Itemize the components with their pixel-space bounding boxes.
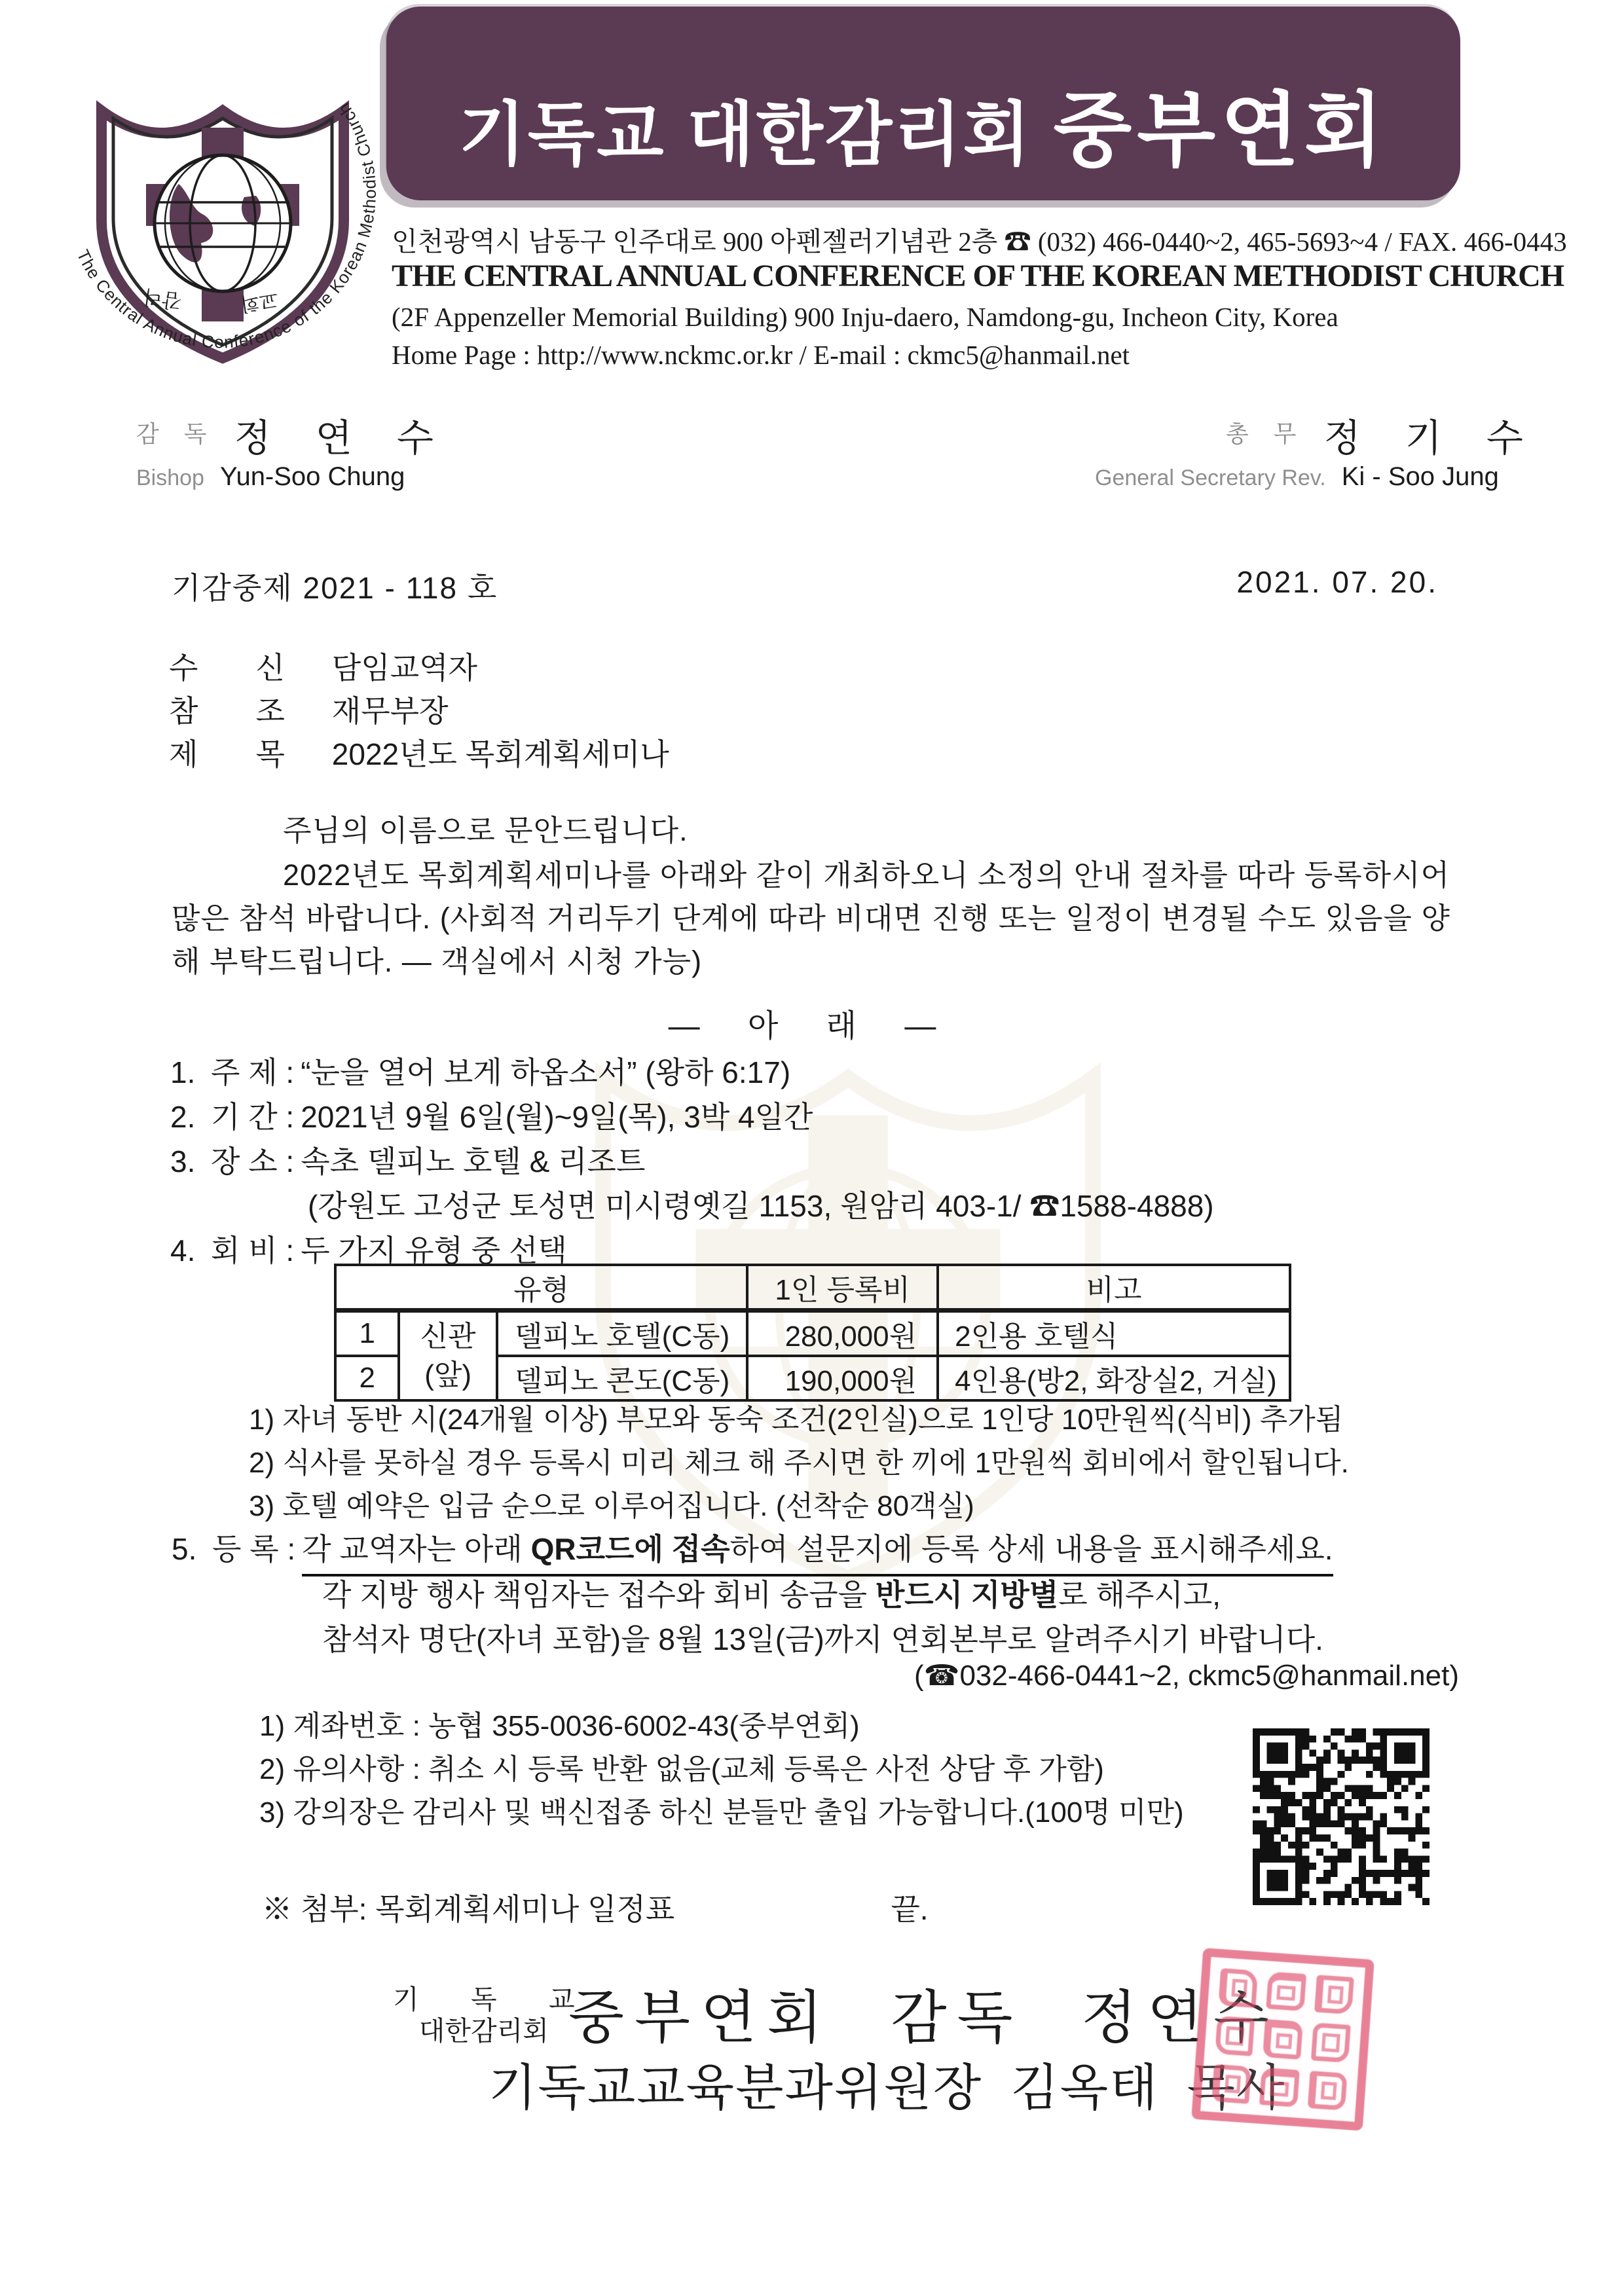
registration-line2-bold: 반드시 지방별 xyxy=(876,1578,1058,1612)
header-banner: 기독교 대한감리회 중부연회 xyxy=(386,7,1460,200)
agenda-no: 2. xyxy=(170,1099,211,1135)
bishop-label-korean: 감 독 xyxy=(136,420,216,447)
body-greeting: 주님의 이름으로 문안드립니다. xyxy=(283,807,688,849)
lodging-name: 델피노 콘도(C동) xyxy=(497,1356,747,1400)
registration-line1-pre: 각 교역자는 아래 xyxy=(302,1532,530,1566)
subject-value: 2022년도 목회계획세미나 xyxy=(332,737,669,771)
row-number: 2 xyxy=(335,1356,399,1400)
building-line-1: 신관 xyxy=(409,1317,487,1356)
globe-icon xyxy=(155,155,291,291)
agenda-item-period: 2.기 간 :2021년 9월 6일(월)~9일(목), 3박 4일간 xyxy=(170,1093,813,1137)
fee-table-header-row: 유형 1인 등록비 비고 xyxy=(335,1265,1290,1311)
scanned-letter-page: 기독교 대한감리회 중부연회 감리 교회 The Central Annual … xyxy=(0,0,1624,2296)
signature-org-line2: 대한감리회 xyxy=(419,2016,549,2046)
bishop-name-korean: 감 독정 연 수 xyxy=(136,407,451,462)
agenda-no: 3. xyxy=(170,1144,211,1179)
row-number: 1 xyxy=(335,1311,399,1357)
bank-account-note: 1) 계좌번호 : 농협 355-0036-6002-43(중부연회) xyxy=(259,1702,860,1744)
registration-line1-post: 하여 설문지에 등록 상세 내용을 표시해주세요. xyxy=(730,1532,1333,1566)
org-name-english: THE CENTRAL ANNUAL CONFERENCE OF THE KOR… xyxy=(392,258,1564,294)
registration-item: 5.등 록 :각 교역자는 아래 QR코드에 접속하여 설문지에 등록 상세 내… xyxy=(172,1525,1333,1576)
signature-bishop-line: 중부연회 감독 정연수 xyxy=(568,1972,1280,2054)
venue-address-line: (강원도 고성군 토성면 미시령옛길 1153, 원암리 403-1/ ☎158… xyxy=(308,1182,1214,1226)
church-shield-logo: 감리 교회 The Central Annual Conference of t… xyxy=(69,45,377,380)
agenda-label: 기 간 : xyxy=(211,1093,294,1137)
address-english: (2F Appenzeller Memorial Building) 900 I… xyxy=(392,301,1338,333)
registration-line2-post: 로 해주시고, xyxy=(1058,1578,1221,1612)
body-line-4: 해 부탁드립니다. — 객실에서 시청 가능) xyxy=(172,938,702,980)
attachment-text: ※ 첨부: 목회계획세미나 일정표 xyxy=(262,1892,674,1926)
building-line-2: (앞) xyxy=(409,1356,487,1394)
agenda-no: 4. xyxy=(170,1233,211,1268)
agenda-item-venue: 3.장 소 :속초 델피노 호텔 & 리조트 xyxy=(170,1138,645,1181)
bishop-name-kr-text: 정 연 수 xyxy=(234,417,451,460)
agenda-label: 장 소 : xyxy=(211,1138,294,1181)
registration-label: 등 록 : xyxy=(212,1532,295,1566)
address-korean: 인천광역시 남동구 인주대로 900 아펜젤러기념관 2층 ☎ (032) 46… xyxy=(392,220,1567,259)
recipient-label: 수 xyxy=(169,644,198,687)
attachment-line: ※ 첨부: 목회계획세미나 일정표끝. xyxy=(262,1886,929,1929)
cc-label: 참 xyxy=(169,687,198,731)
registration-line-3: 참석자 명단(자녀 포함)을 8월 13일(금)까지 연회본부로 알려주시기 바… xyxy=(322,1616,1323,1659)
col-header-type: 유형 xyxy=(335,1265,747,1311)
org-title-emphasis: 중부연회 xyxy=(1053,86,1388,176)
secretary-name-korean: 총 무정 기 수 xyxy=(1226,407,1540,462)
document-number: 기감중제 2021 - 118 호 xyxy=(172,564,498,608)
fee-note-2: 2) 식사를 못하실 경우 등록시 미리 체크 해 주시면 한 끼에 1만원씩 … xyxy=(249,1439,1349,1481)
fee-table-row-1: 1 신관 (앞) 델피노 호텔(C동) 280,000원 2인용 호텔식 xyxy=(335,1311,1290,1357)
lodging-name: 델피노 호텔(C동) xyxy=(497,1311,747,1357)
signature-chairman-line: 기독교교육분과위원장 김옥태 목사 xyxy=(489,2048,1285,2119)
fee-note-3: 3) 호텔 예약은 입금 순으로 이루어집니다. (선착순 80객실) xyxy=(249,1482,974,1524)
subject-row: 제목 2022년도 목회계획세미나 xyxy=(169,731,669,774)
agenda-value: 2021년 9월 6일(월)~9일(목), 3박 4일간 xyxy=(301,1100,813,1134)
agenda-value: 속초 델피노 호텔 & 리조트 xyxy=(301,1144,645,1178)
org-title-korean: 기독교 대한감리회 중부연회 xyxy=(458,65,1388,200)
agenda-value: 두 가지 유형 중 선택 xyxy=(301,1233,567,1267)
cc-value: 재무부장 xyxy=(332,694,449,728)
below-separator: — 아 래 — xyxy=(0,1000,1624,1046)
cc-row: 참조 재무부장 xyxy=(169,687,449,731)
recipient-value: 담임교역자 xyxy=(332,651,477,685)
building-cell: 신관 (앞) xyxy=(399,1311,497,1401)
agenda-item-subject: 1.주 제 :“눈을 열어 보게 하옵소서” (왕하 6:17) xyxy=(170,1049,790,1092)
homepage-email-line: Home Page : http://www.nckmc.or.kr / E-m… xyxy=(392,339,1130,371)
registration-line-2: 각 지방 행사 책임자는 접수와 회비 송금을 반드시 지방별로 해주시고, xyxy=(322,1571,1221,1614)
secretary-name-english: General Secretary Rev.Ki - Soo Jung xyxy=(1095,462,1499,492)
fee-amount: 280,000원 xyxy=(747,1311,938,1357)
fee-table: 유형 1인 등록비 비고 1 신관 (앞) 델피노 호텔(C동) 280,000… xyxy=(334,1264,1291,1402)
recipient-row: 수신 담임교역자 xyxy=(169,644,477,687)
recipient-label2: 신 xyxy=(255,644,284,687)
col-header-fee: 1인 등록비 xyxy=(747,1265,938,1311)
secretary-label-korean: 총 무 xyxy=(1226,420,1306,447)
cc-label2: 조 xyxy=(255,687,284,731)
agenda-label: 회 비 : xyxy=(211,1227,294,1270)
fee-note: 2인용 호텔식 xyxy=(938,1311,1290,1357)
col-header-note: 비고 xyxy=(938,1265,1290,1311)
registration-line2-pre: 각 지방 행사 책임자는 접수와 회비 송금을 xyxy=(322,1578,876,1612)
fee-note: 4인용(방2, 화장실2, 거실) xyxy=(938,1356,1290,1400)
agenda-no: 1. xyxy=(170,1055,211,1090)
secretary-name-kr-text: 정 기 수 xyxy=(1324,417,1540,460)
body-line-3: 많은 참석 바랍니다. (사회적 거리두기 단계에 따라 비대면 진행 또는 일… xyxy=(172,894,1450,937)
signature-org-small: 기 독 교 대한감리회 xyxy=(393,1984,575,2047)
bishop-label-english: Bishop xyxy=(136,465,204,490)
fee-note-1: 1) 자녀 동반 시(24개월 이상) 부모와 동숙 조건(2인실)으로 1인당… xyxy=(249,1396,1343,1438)
agenda-value: “눈을 열어 보게 하옵소서” (왕하 6:17) xyxy=(301,1055,790,1089)
end-mark: 끝. xyxy=(891,1892,928,1926)
signature-org-line1: 기 독 교 xyxy=(393,1984,597,2015)
subject-label2: 목 xyxy=(255,731,284,774)
subject-label: 제 xyxy=(169,731,198,774)
agenda-label: 주 제 : xyxy=(211,1049,294,1092)
official-seal-stamp xyxy=(1191,1948,1375,2131)
secretary-name-en-text: Ki - Soo Jung xyxy=(1342,462,1499,491)
document-date: 2021. 07. 20. xyxy=(1236,564,1438,600)
fee-amount: 190,000원 xyxy=(747,1356,938,1400)
refund-note: 2) 유의사항 : 취소 시 등록 반환 없음(교체 등록은 사전 상담 후 가… xyxy=(259,1745,1104,1787)
entry-note: 3) 강의장은 감리사 및 백신접종 하신 분들만 출입 가능합니다.(100명… xyxy=(259,1789,1184,1831)
org-title-prefix: 기독교 대한감리회 xyxy=(458,96,1053,173)
secretary-label-english: General Secretary Rev. xyxy=(1095,465,1326,490)
registration-line1-bold: QR코드에 접속 xyxy=(531,1532,730,1566)
bishop-name-english: BishopYun-Soo Chung xyxy=(136,462,405,492)
registration-no: 5. xyxy=(172,1531,212,1567)
body-line-2: 2022년도 목회계획세미나를 아래와 같이 개최하오니 소정의 안내 절차를 … xyxy=(283,851,1450,894)
bishop-name-en-text: Yun-Soo Chung xyxy=(220,462,405,491)
registration-contact: (☎032-466-0441~2, ckmc5@hanmail.net) xyxy=(914,1659,1459,1692)
registration-qr-code xyxy=(1253,1728,1430,1905)
